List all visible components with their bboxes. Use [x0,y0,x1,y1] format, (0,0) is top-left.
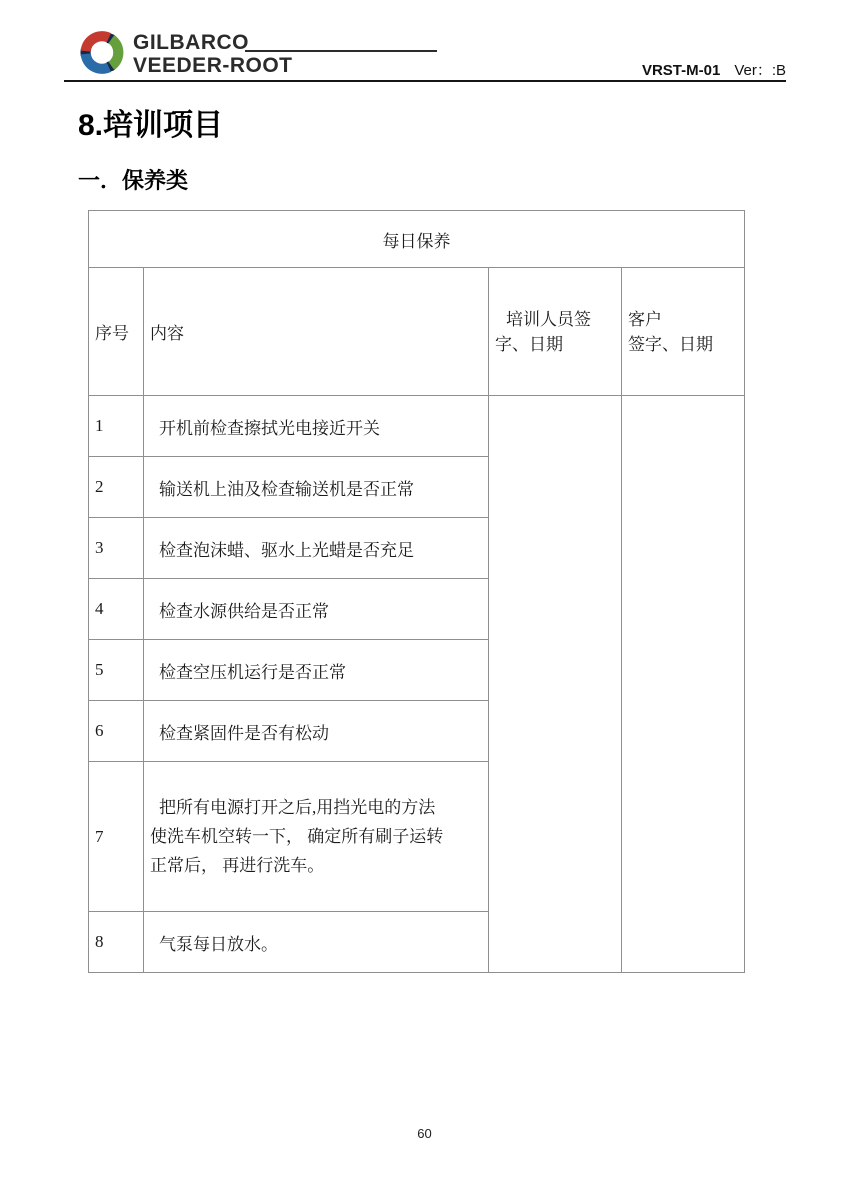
page-number: 60 [0,1126,849,1141]
logo-rule [245,50,437,52]
document-reference: VRST-M-01Ver：:B [642,59,786,80]
daily-maintenance-table: 每日保养 序号 内容 培训人员签 字、日期 客户 签字、日期 1 开机前检查擦拭… [88,210,745,973]
doc-code: VRST-M-01 [642,62,720,79]
table-header-row: 序号 内容 培训人员签 字、日期 客户 签字、日期 [89,268,745,396]
gilbarco-logo-icon [76,26,128,79]
table-title-row: 每日保养 [89,211,745,268]
row-index: 6 [89,701,144,762]
row-content: 检查紧固件是否有松动 [144,701,489,762]
col-header-trainer-sign: 培训人员签 字、日期 [489,268,622,396]
table-row: 1 开机前检查擦拭光电接近开关 [89,396,745,457]
row-index: 5 [89,640,144,701]
row-content: 检查泡沫蜡、驱水上光蜡是否充足 [144,518,489,579]
row-index: 8 [89,912,144,973]
row-index: 1 [89,396,144,457]
logo-line-veeder-root: VEEDER-ROOT [133,54,293,77]
col-header-content: 内容 [144,268,489,396]
document-page: GILBARCO VEEDER-ROOT VRST-M-01Ver：:B 8.培… [0,0,849,1200]
row-content: 检查空压机运行是否正常 [144,640,489,701]
row-index: 7 [89,762,144,912]
gilbarco-logo-wordmark: GILBARCO VEEDER-ROOT [133,31,293,77]
section-title: 一．保养类 [78,164,188,195]
row-content: 把所有电源打开之后,用挡光电的方法 使洗车机空转一下， 确定所有刷子运转 正常后… [144,762,489,912]
doc-version: Ver：:B [734,62,786,79]
row-content: 输送机上油及检查输送机是否正常 [144,457,489,518]
col-header-index: 序号 [89,268,144,396]
header-divider [64,80,786,82]
page-title: 8.培训项目 [78,100,223,144]
col-header-customer-sign: 客户 签字、日期 [622,268,745,396]
row-index: 3 [89,518,144,579]
trainer-signature-cell [489,396,622,973]
table-title: 每日保养 [89,211,745,268]
customer-signature-cell [622,396,745,973]
row-index: 4 [89,579,144,640]
row-content: 气泵每日放水。 [144,912,489,973]
row-content: 开机前检查擦拭光电接近开关 [144,396,489,457]
row-index: 2 [89,457,144,518]
row-content: 检查水源供给是否正常 [144,579,489,640]
